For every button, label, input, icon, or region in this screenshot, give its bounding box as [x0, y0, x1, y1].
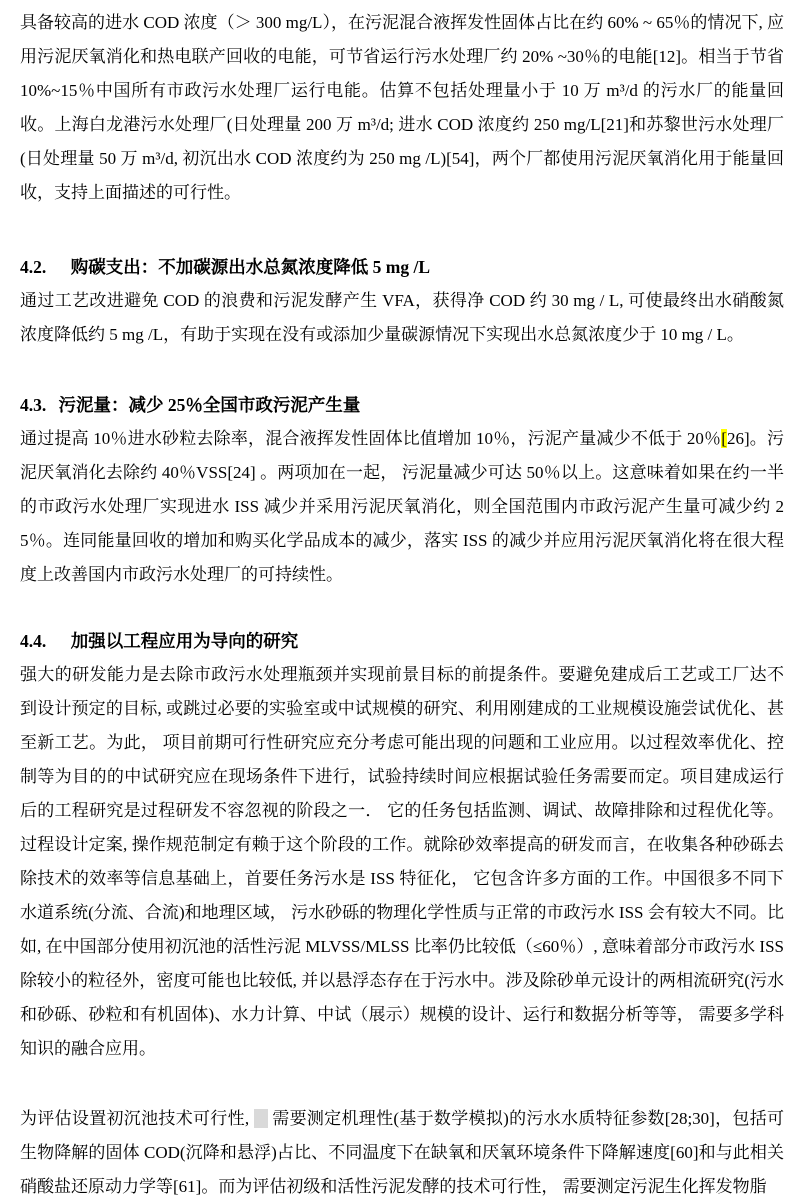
gray-highlight-mark [254, 1109, 268, 1128]
section-heading-4-4: 4.4.加强以工程应用为导向的研究 [20, 624, 784, 658]
section-4-4-paragraph: 强大的研发能力是去除市政污水处理瓶颈并实现前景目标的前提条件。要避免建成后工艺或… [20, 658, 784, 1066]
section-4-3-paragraph: 通过提高 10％进水砂粒去除率，混合液挥发性固体比值增加 10％，污泥产量减少不… [20, 422, 784, 592]
section-number-4-4: 4.4. [20, 631, 46, 651]
intro-paragraph: 具备较高的进水 COD 浓度（＞ 300 mg/L），在污泥混合液挥发性固体占比… [20, 6, 784, 210]
section-title-4-2: 购碳支出：不加碳源出水总氮浓度降低 5 mg /L [71, 257, 430, 277]
section-4-2-paragraph: 通过工艺改进避免 COD 的浪费和污泥发酵产生 VFA，获得净 COD 约 30… [20, 284, 784, 352]
section-number-4-2: 4.2. [20, 257, 46, 277]
section-heading-4-2: 4.2.购碳支出：不加碳源出水总氮浓度降低 5 mg /L [20, 250, 784, 284]
section-title-4-4: 加强以工程应用为导向的研究 [71, 631, 299, 651]
document-page: 具备较高的进水 COD 浓度（＞ 300 mg/L），在污泥混合液挥发性固体占比… [0, 0, 800, 1198]
final-paragraph: 为评估设置初沉池技术可行性, 需要测定机理性(基于数学模拟)的污水水质特征参数[… [20, 1102, 784, 1198]
paragraph-text: 26]。污泥厌氧消化去除约 40％VSS[24] 。两项加在一起， 污泥量减少可… [20, 429, 784, 584]
paragraph-text: 通过提高 10％进水砂粒去除率，混合液挥发性固体比值增加 10％，污泥产量减少不… [20, 429, 721, 448]
section-number-4-3: 4.3. [20, 395, 46, 415]
paragraph-text: 为评估设置初沉池技术可行性, [20, 1109, 249, 1128]
section-heading-4-3: 4.3.污泥量：减少 25％全国市政污泥产生量 [20, 388, 784, 422]
section-title-4-3: 污泥量：减少 25％全国市政污泥产生量 [59, 395, 361, 415]
